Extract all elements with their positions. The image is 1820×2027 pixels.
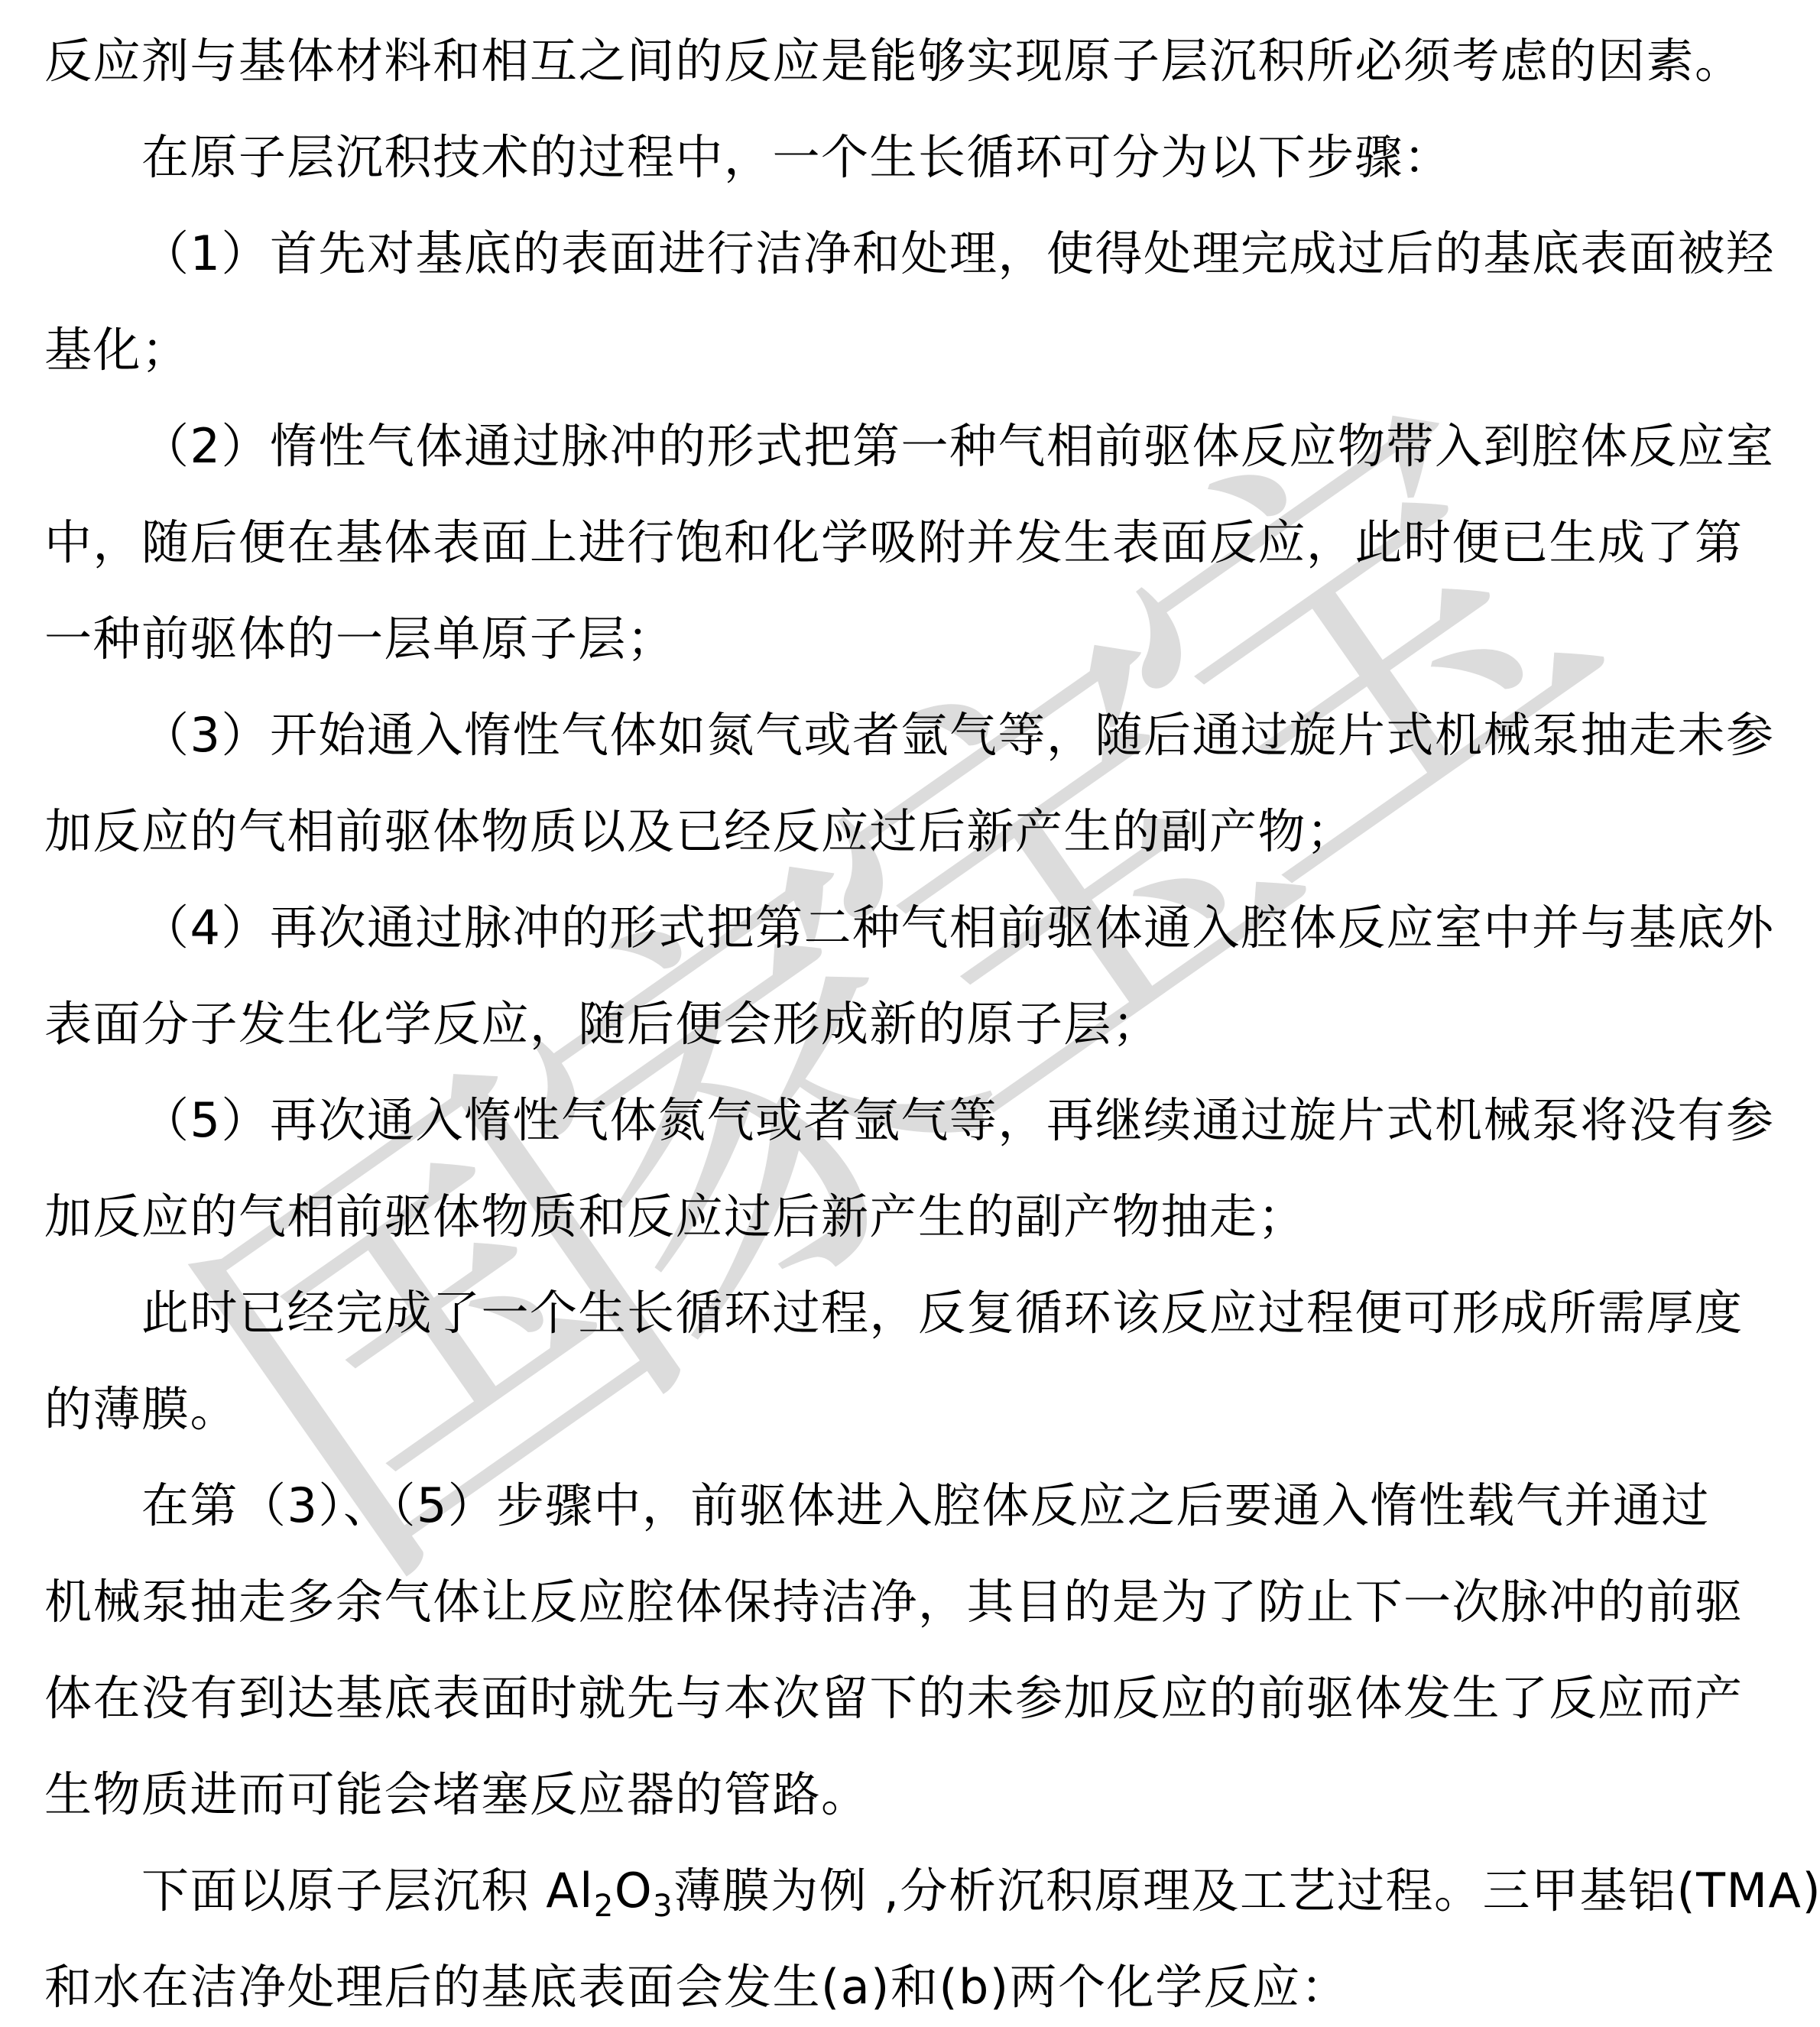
paragraph-line: 基化； xyxy=(44,319,190,381)
paragraph-line: 此时已经完成了一个生长循环过程，反复循环该反应过程便可形成所需厚度 xyxy=(141,1283,1744,1344)
watermark-char: 宝 xyxy=(757,573,1353,1169)
paragraph-line: （3）开始通入惰性气体如氮气或者氩气等，随后通过旋片式机械泵抽走未参 xyxy=(141,705,1774,766)
formula-suffix: 薄膜为例 ,分析沉积原理及工艺过程。三甲基铝(TMA) xyxy=(673,1863,1820,1918)
subscript: 3 xyxy=(653,1889,673,1924)
paragraph-line: 在第（3）、（5）步骤中，前驱体进入腔体反应之后要通入惰性载气并通过 xyxy=(141,1475,1710,1536)
paragraph-line: （1）首先对基底的表面进行洁净和处理，使得处理完成过后的基底表面被羟 xyxy=(141,223,1774,284)
paragraph-line: 反应剂与基体材料和相互之间的反应是能够实现原子层沉积所必须考虑的因素。 xyxy=(44,31,1744,92)
paragraph-line: 加反应的气相前驱体物质以及已经反应过后新产生的副产物； xyxy=(44,801,1355,862)
paragraph-line: 体在没有到达基底表面时就先与本次留下的未参加反应的前驱体发生了反应而产 xyxy=(44,1668,1744,1729)
formula-prefix: 下面以原子层沉积 Al xyxy=(141,1863,594,1918)
paragraph-line: （2）惰性气体通过脉冲的形式把第一种气相前驱体反应物带入到腔体反应室 xyxy=(141,416,1774,477)
formula-mid: O xyxy=(615,1863,653,1918)
paragraph-line: 生物质进而可能会堵塞反应器的管路。 xyxy=(44,1764,870,1825)
paragraph-line: 和水在洁净处理后的基底表面会发生(a)和(b)两个化学反应： xyxy=(44,1957,1349,2018)
paragraph-line: （4）再次通过脉冲的形式把第二种气相前驱体通入腔体反应室中并与基底外 xyxy=(141,897,1774,958)
paragraph-line: 在原子层沉积技术的过程中，一个生长循环可分为以下步骤： xyxy=(141,127,1452,188)
paragraph-line: 中，随后便在基体表面上进行饱和化学吸附并发生表面反应，此时便已生成了第 xyxy=(44,512,1744,573)
paragraph-line: 的薄膜。 xyxy=(44,1379,238,1440)
paragraph-line: 一种前驱体的一层单原子层； xyxy=(44,608,676,670)
formula-line: 下面以原子层沉积 Al2O3薄膜为例 ,分析沉积原理及工艺过程。三甲基铝(TMA… xyxy=(141,1860,1820,1922)
paragraph-line: 加反应的气相前驱体物质和反应过后新产生的副产物抽走； xyxy=(44,1186,1306,1247)
subscript: 2 xyxy=(594,1889,615,1924)
paragraph-line: 机械泵抽走多余气体让反应腔体保持洁净，其目的是为了防止下一次脉冲的前驱 xyxy=(44,1571,1744,1633)
paragraph-line: （5）再次通入惰性气体氮气或者氩气等，再继续通过旋片式机械泵将没有参 xyxy=(141,1090,1774,1151)
document-page: 国 家 宝 宝 反应剂与基体材料和相互之间的反应是能够实现原子层沉积所必须考虑的… xyxy=(0,0,1820,2027)
paragraph-line: 表面分子发生化学反应，随后便会形成新的原子层； xyxy=(44,994,1161,1055)
